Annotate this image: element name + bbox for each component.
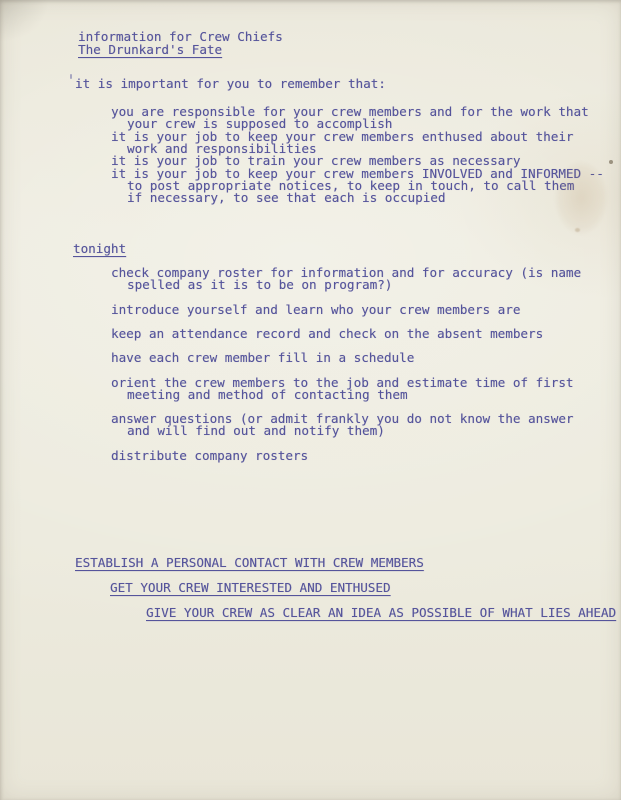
tonight-item-line: distribute company rosters	[111, 450, 308, 463]
scanned-page: information for Crew Chiefs The Drunkard…	[0, 0, 621, 800]
tonight-item-line: have each crew member fill in a schedule	[111, 352, 414, 365]
doc-show-title: The Drunkard's Fate	[78, 44, 222, 57]
paper-stain	[545, 148, 617, 248]
paper-speck	[575, 228, 580, 232]
tonight-item-line: and will find out and notify them)	[127, 425, 385, 438]
tonight-item-line: keep an attendance record and check on t…	[111, 328, 543, 341]
paper-speck	[609, 160, 613, 164]
tonight-item-line: meeting and method of contacting them	[127, 389, 408, 402]
section-heading-tonight: tonight	[73, 243, 126, 256]
tonight-item-line: introduce yourself and learn who your cr…	[111, 304, 520, 317]
ink-speck	[70, 74, 72, 79]
closing-emphasis-line: GIVE YOUR CREW AS CLEAR AN IDEA AS POSSI…	[146, 607, 616, 620]
closing-emphasis-line: ESTABLISH A PERSONAL CONTACT WITH CREW M…	[75, 557, 424, 570]
intro-heading: it is important for you to remember that…	[75, 78, 386, 91]
closing-emphasis-line: GET YOUR CREW INTERESTED AND ENTHUSED	[110, 582, 391, 595]
tonight-item-line: spelled as it is to be on program?)	[127, 279, 392, 292]
reminder-item-line: if necessary, to see that each is occupi…	[127, 192, 445, 205]
